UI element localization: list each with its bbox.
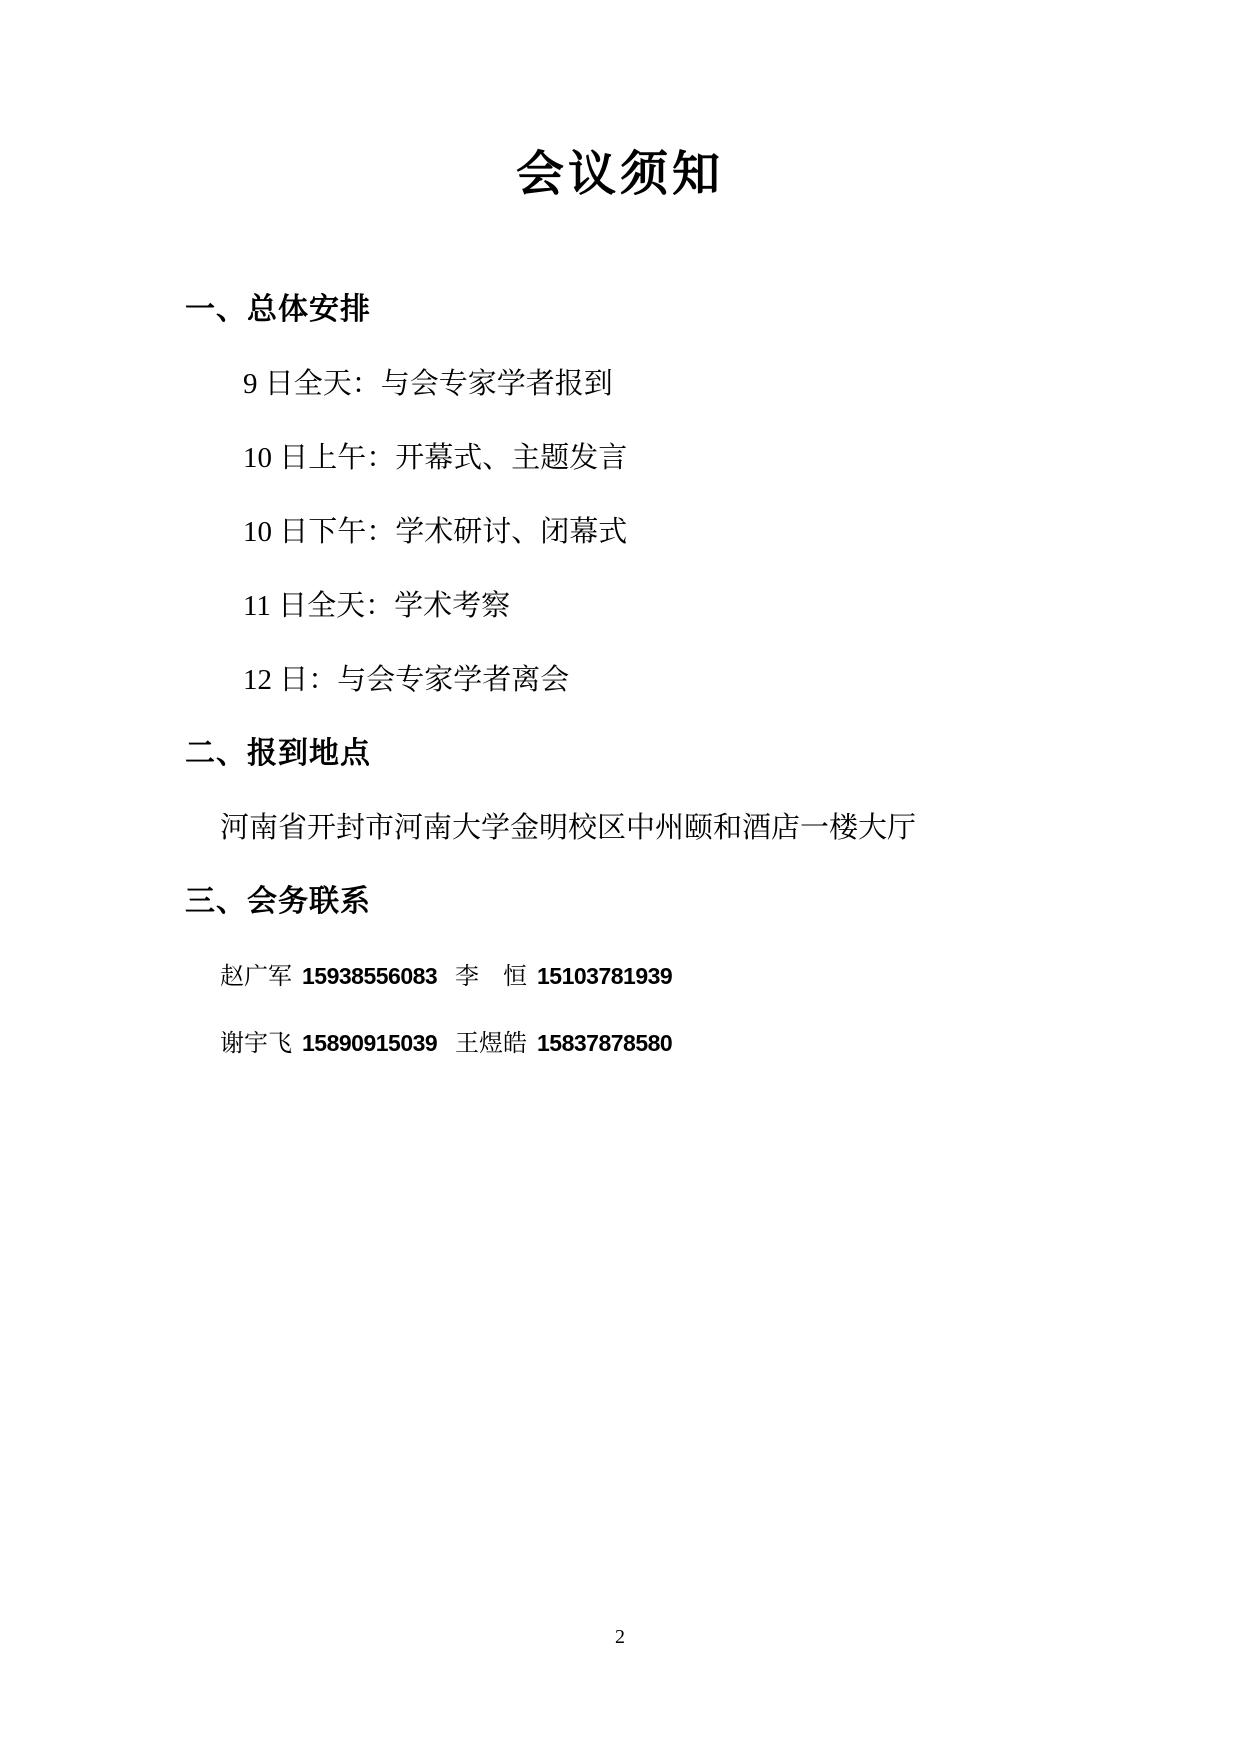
schedule-item-day9: 9 日全天：与会专家学者报到 — [185, 364, 1055, 404]
section-conference-contacts: 三、会务联系 赵广军 15938556083 李 恒 15103781939 谢… — [185, 882, 1055, 1064]
section-2-heading: 二、报到地点 — [185, 734, 1055, 774]
document-page: 会议须知 一、总体安排 9 日全天：与会专家学者报到 10 日上午：开幕式、主题… — [0, 0, 1240, 1753]
schedule-item-day12: 12 日：与会专家学者离会 — [185, 660, 1055, 700]
section-registration-location: 二、报到地点 河南省开封市河南大学金明校区中州颐和酒店一楼大厅 — [185, 734, 1055, 848]
contact-row: 谢宇飞 15890915039 王煜皓 15837878580 — [185, 1023, 1055, 1064]
registration-address: 河南省开封市河南大学金明校区中州颐和酒店一楼大厅 — [185, 808, 1055, 848]
contact-phone: 15890915039 — [302, 1023, 437, 1063]
contact-name: 谢宇飞 — [220, 1024, 292, 1064]
contact-phone: 15938556083 — [302, 956, 437, 996]
document-title: 会议须知 — [185, 145, 1055, 203]
contact-row: 赵广军 15938556083 李 恒 15103781939 — [185, 956, 1055, 997]
contact-name: 王煜皓 — [455, 1024, 527, 1064]
contact-entry: 赵广军 15938556083 — [220, 956, 455, 997]
section-overall-arrangement: 一、总体安排 9 日全天：与会专家学者报到 10 日上午：开幕式、主题发言 10… — [185, 290, 1055, 700]
contact-entry: 王煜皓 15837878580 — [455, 1023, 672, 1064]
contact-entry: 谢宇飞 15890915039 — [220, 1023, 455, 1064]
contact-phone: 15103781939 — [537, 956, 672, 996]
section-3-heading: 三、会务联系 — [185, 882, 1055, 922]
contact-entry: 李 恒 15103781939 — [455, 956, 672, 997]
page-number: 2 — [0, 1624, 1240, 1650]
schedule-item-day11: 11 日全天：学术考察 — [185, 586, 1055, 626]
contact-phone: 15837878580 — [537, 1023, 672, 1063]
schedule-item-day10-morning: 10 日上午：开幕式、主题发言 — [185, 438, 1055, 478]
schedule-item-day10-afternoon: 10 日下午：学术研讨、闭幕式 — [185, 512, 1055, 552]
contact-name: 赵广军 — [220, 957, 292, 997]
section-1-heading: 一、总体安排 — [185, 290, 1055, 330]
contact-name: 李 恒 — [455, 957, 527, 997]
